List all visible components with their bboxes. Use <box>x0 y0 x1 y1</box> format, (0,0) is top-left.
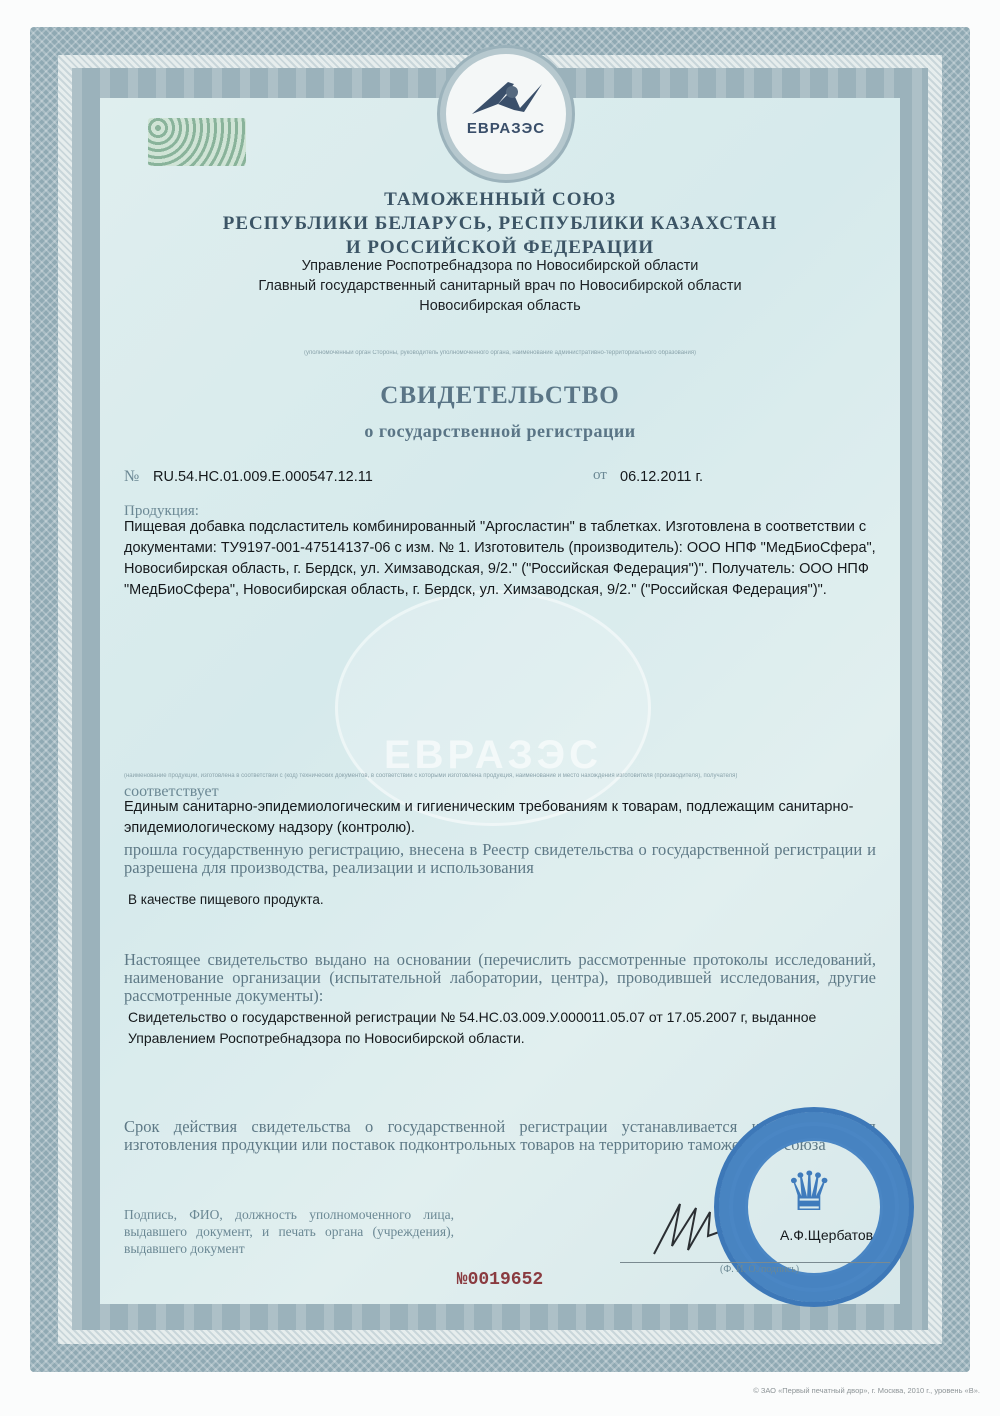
signatory-name: А.Ф.Щербатов <box>780 1225 873 1246</box>
registered-purpose: В качестве пищевого продукта. <box>128 889 324 910</box>
signature-label: Подпись, ФИО, должность уполномоченного … <box>124 1206 454 1257</box>
authority-caption: (уполномоченный орган Стороны, руководит… <box>190 350 810 356</box>
form-serial-number: №0019652 <box>100 1270 900 1290</box>
product-caption: (наименование продукции, изготовлена в с… <box>124 773 884 779</box>
product-description: Пищевая добавка подсластитель комбиниров… <box>124 517 884 601</box>
emblem-text: ЕВРАЗЭС <box>446 120 566 137</box>
printer-copyright: © ЗАО «Первый печатный двор», г. Москва,… <box>753 1386 980 1395</box>
union-line: РЕСПУБЛИКИ БЕЛАРУСЬ, РЕСПУБЛИКИ КАЗАХСТА… <box>100 212 900 236</box>
hologram-sticker <box>148 118 246 166</box>
document-title: СВИДЕТЕЛЬСТВО <box>100 382 900 410</box>
union-line: ТАМОЖЕННЫЙ СОЮЗ <box>100 188 900 212</box>
signature-line <box>620 1262 890 1263</box>
watermark-emblem: ЕВРАЗЭС <box>335 590 651 826</box>
document-subtitle: о государственной регистрации <box>100 421 900 442</box>
eurasec-emblem: ЕВРАЗЭС <box>440 48 572 180</box>
basis-label: Настоящее свидетельство выдано на основа… <box>124 951 876 1005</box>
eurasec-bird-logo-icon <box>468 78 544 118</box>
registration-number: RU.54.НС.01.009.Е.000547.12.11 <box>153 467 373 488</box>
authority-line: Новосибирская область <box>100 296 900 316</box>
basis-text: Свидетельство о государственной регистра… <box>128 1007 878 1049</box>
coat-of-arms-eagle-icon: ♛ <box>785 1160 833 1223</box>
watermark-text: ЕВРАЗЭС <box>338 733 648 778</box>
date-label: от <box>593 467 607 484</box>
conformity-text: Единым санитарно-эпидемиологическим и ги… <box>124 797 884 839</box>
authority-heading: Управление Роспотребнадзора по Новосибир… <box>100 256 900 316</box>
authority-line: Управление Роспотребнадзора по Новосибир… <box>100 256 900 276</box>
authority-line: Главный государственный санитарный врач … <box>100 276 900 296</box>
registered-label: прошла государственную регистрацию, внес… <box>124 841 876 877</box>
registration-date: 06.12.2011 г. <box>620 467 703 488</box>
union-heading: ТАМОЖЕННЫЙ СОЮЗ РЕСПУБЛИКИ БЕЛАРУСЬ, РЕС… <box>100 188 900 260</box>
number-label: № <box>124 468 139 486</box>
